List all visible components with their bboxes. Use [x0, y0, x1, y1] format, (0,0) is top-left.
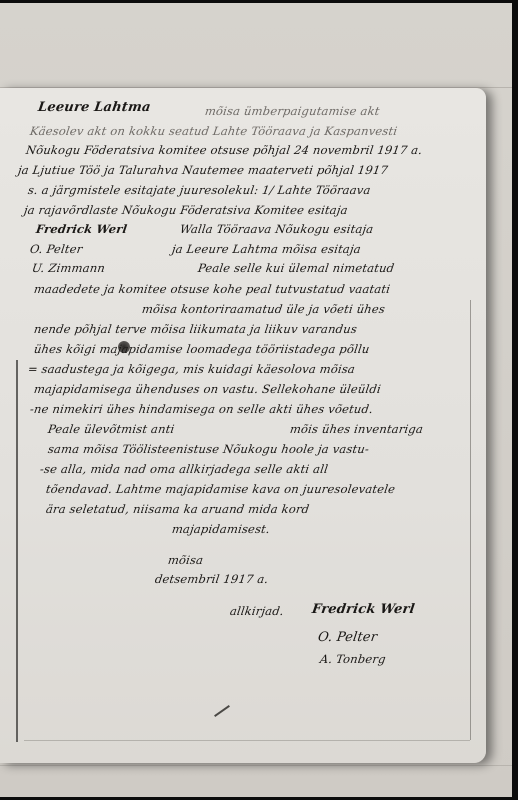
text-line: mõis ühes inventariga [289, 422, 424, 436]
text-line: tõendavad. Lahtme majapidamise kava on j… [45, 482, 396, 496]
text-line: s. a järgmistele esitajate juuresolekul:… [27, 183, 372, 197]
text-line: majapidamisest. [171, 522, 271, 536]
text-line: ühes kõigi majapidamise loomadega töörii… [33, 342, 371, 356]
signature: O. Pelter [317, 630, 378, 645]
date-text: detsembril 1917 a. [154, 572, 269, 586]
place-text: mõisa [167, 553, 204, 567]
text-line: -ne nimekiri ühes hindamisega on selle a… [29, 402, 374, 416]
ruled-margin-right [470, 300, 471, 740]
card-edge-bottom [0, 765, 512, 766]
text-line: ära seletatud, niisama ka aruand mida ko… [45, 502, 310, 516]
text-line: Nõukogu Föderatsiva komitee otsuse põhja… [25, 143, 423, 157]
text-line: ja Ljutiue Töö ja Talurahva Nautemee maa… [17, 163, 389, 177]
signatory-name: Fredrick Werl [35, 222, 128, 236]
text-line: nende põhjal terve mõisa liikumata ja li… [33, 322, 358, 336]
signatory-name: O. Pelter [29, 242, 83, 256]
signature: Fredrick Werl [311, 602, 416, 617]
text-line: Käesolev akt on kokku seatud Lahte Tööra… [29, 124, 398, 138]
text-line: Walla Tööraava Nõukogu esitaja [179, 222, 374, 236]
signatory-name: U. Zimmann [31, 261, 106, 275]
text-line: maadedete ja komitee otsuse kohe peal tu… [33, 282, 391, 296]
text-line: = saadustega ja kõigega, mis kuidagi käe… [27, 362, 356, 376]
text-line: mõisa kontoriraamatud üle ja võeti ühes [141, 302, 386, 316]
text-line: Peale ülevõtmist anti [47, 422, 175, 436]
text-line: majapidamisega ühenduses on vastu. Selle… [33, 382, 382, 396]
text-line: ja rajavõrdlaste Nõukogu Föderatsiva Kom… [23, 203, 349, 217]
text-line: Peale selle kui ülemal nimetatud [197, 261, 395, 275]
ruled-margin-left [16, 360, 18, 742]
heading-estate-name: Leeure Lahtma [37, 100, 152, 115]
signature: A. Tonberg [319, 652, 387, 666]
ruled-margin-bottom [24, 740, 470, 741]
text-line: -se alla, mida nad oma allkirjadega sell… [39, 462, 329, 476]
text-line: ja Leeure Lahtma mõisa esitaja [171, 242, 362, 256]
heading-act-title: mõisa ümberpaigutamise akt [204, 104, 381, 118]
text-line: sama mõisa Töölisteenistuse Nõukogu hool… [47, 442, 370, 456]
signatures-label: allkirjad. [229, 604, 285, 618]
